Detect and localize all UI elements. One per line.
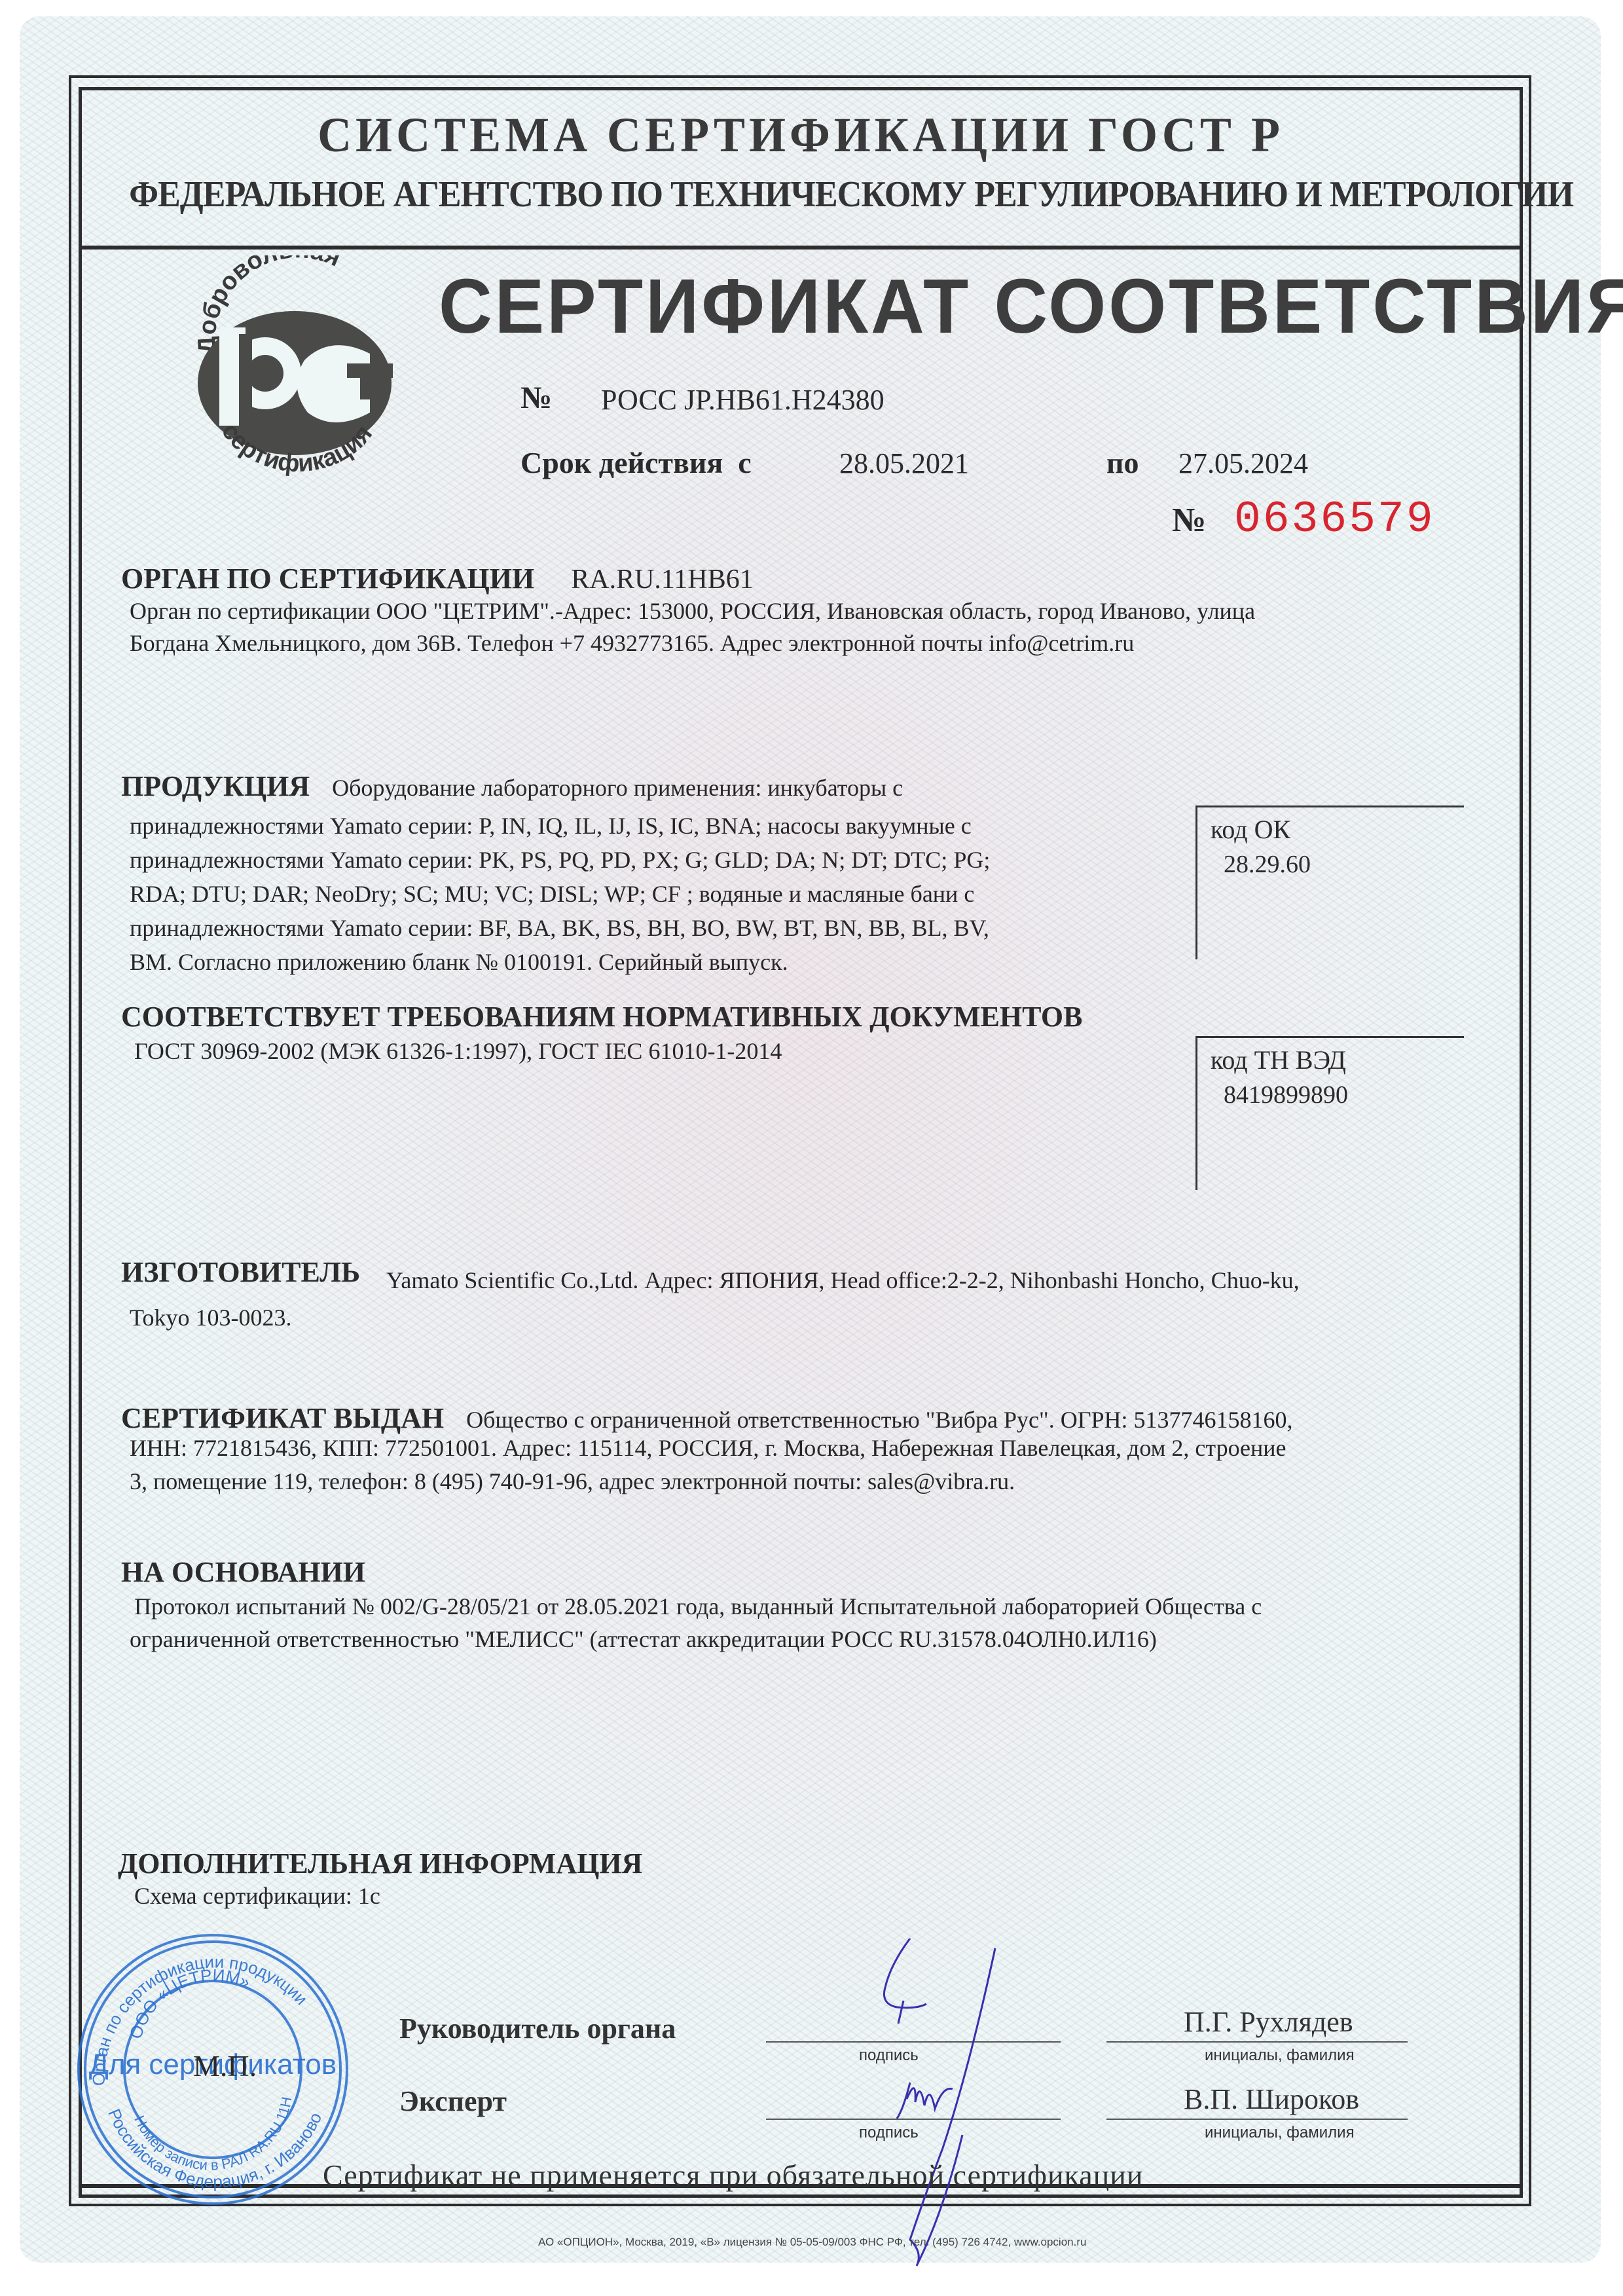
- certification-body-heading: ОРГАН ПО СЕРТИФИКАЦИИ: [121, 563, 534, 595]
- head-label: Руководитель органа: [399, 2012, 676, 2045]
- compliance-documents: ГОСТ 30969-2002 (МЭК 61326-1:1997), ГОСТ…: [134, 1035, 782, 1068]
- code-tnved-box: код ТН ВЭД 8419899890: [1195, 1036, 1464, 1190]
- certification-scheme: Схема сертификации: 1с: [134, 1879, 380, 1913]
- issued-to-heading: СЕРТИФИКАТ ВЫДАН: [121, 1402, 444, 1434]
- expert-name: В.П. Широков: [1184, 2083, 1359, 2116]
- certification-body-line-2: Богдана Хмельницкого, дом 36В. Телефон +…: [130, 627, 1134, 660]
- issued-to-line-3: 3, помещение 119, телефон: 8 (495) 740-9…: [130, 1465, 1015, 1498]
- products-heading: ПРОДУКЦИЯ: [121, 770, 310, 802]
- products-line-1: принадлежностями Yamato серии: P, IN, IQ…: [130, 809, 972, 843]
- compliance-heading: СООТВЕТСТВУЕТ ТРЕБОВАНИЯМ НОРМАТИВНЫХ ДО…: [121, 1000, 1083, 1033]
- code-ok-box: код ОК 28.29.60: [1195, 805, 1464, 959]
- code-ok-value: 28.29.60: [1224, 850, 1311, 879]
- code-tnved-label: код ТН ВЭД: [1211, 1045, 1346, 1075]
- basis-line-2: ограниченной ответственностью "МЕЛИСС" (…: [130, 1623, 1157, 1656]
- code-tnved-value: 8419899890: [1224, 1081, 1348, 1109]
- header-divider: [79, 246, 1523, 250]
- expert-name-caption: инициалы, фамилия: [1205, 2124, 1355, 2142]
- certification-body-line-1: Орган по сертификации ООО "ЦЕТРИМ".-Адре…: [130, 595, 1255, 628]
- stamp-place-label: М.П.: [193, 2048, 257, 2083]
- valid-from: 28.05.2021: [839, 447, 969, 480]
- products-line-5: BM. Согласно приложению бланк № 0100191.…: [130, 946, 788, 979]
- agency-name: ФЕДЕРАЛЬНОЕ АГЕНТСТВО ПО ТЕХНИЧЕСКОМУ РЕ…: [129, 174, 1472, 215]
- system-title: СИСТЕМА СЕРТИФИКАЦИИ ГОСТ Р: [79, 107, 1523, 164]
- footer-note: Сертификат не применяется при обязательн…: [323, 2158, 1144, 2193]
- products-first-line: Оборудование лабораторного применения: и…: [332, 775, 903, 801]
- expert-label: Эксперт: [399, 2084, 507, 2118]
- validity-label: Срок действия с: [520, 445, 752, 480]
- certification-body-code: RA.RU.11НВ61: [571, 565, 753, 595]
- handwritten-signature-icon: [812, 1938, 1087, 2279]
- blank-number: 0636579: [1234, 494, 1435, 545]
- blank-number-label: №: [1172, 501, 1206, 540]
- head-name-caption: инициалы, фамилия: [1205, 2046, 1355, 2065]
- manufacturer-heading: ИЗГОТОВИТЕЛЬ: [121, 1255, 360, 1289]
- products-line-4: принадлежностями Yamato серии: BF, BA, B…: [130, 912, 989, 945]
- document-title: СЕРТИФИКАТ СООТВЕТСТВИЯ: [439, 262, 1623, 351]
- manufacturer-line-1: Yamato Scientific Co.,Ltd. Адрес: ЯПОНИЯ…: [386, 1264, 1300, 1297]
- issued-to-line-2: ИНН: 7721815436, КПП: 772501001. Адрес: …: [130, 1432, 1286, 1465]
- head-name-line: [1106, 2041, 1408, 2043]
- code-ok-label: код ОК: [1211, 814, 1290, 845]
- products-section: ПРОДУКЦИЯ Оборудование лабораторного при…: [121, 769, 903, 805]
- rst-logo-icon: Добровольная сертификация: [190, 255, 399, 485]
- additional-info-heading: ДОПОЛНИТЕЛЬНАЯ ИНФОРМАЦИЯ: [118, 1847, 642, 1880]
- certification-body-section: ОРГАН ПО СЕРТИФИКАЦИИ RA.RU.11НВ61: [121, 562, 754, 595]
- cert-number: РОСС JP.НВ61.Н24380: [601, 383, 884, 417]
- printer-imprint: АО «ОПЦИОН», Москва, 2019, «В» лицензия …: [538, 2236, 1086, 2249]
- expert-name-line: [1106, 2119, 1408, 2120]
- cert-number-label: №: [520, 380, 552, 416]
- valid-to-label: по: [1106, 445, 1139, 480]
- products-line-2: принадлежностями Yamato серии: PK, PS, P…: [130, 843, 990, 877]
- valid-to: 27.05.2024: [1178, 447, 1308, 480]
- products-line-3: RDA; DTU; DAR; NeoDry; SC; MU; VC; DISL;…: [130, 878, 974, 911]
- basis-line-1: Протокол испытаний № 002/G-28/05/21 от 2…: [134, 1590, 1262, 1623]
- head-name: П.Г. Рухлядев: [1184, 2005, 1353, 2039]
- manufacturer-line-2: Tokyo 103-0023.: [130, 1301, 291, 1335]
- issued-to-first-line: Общество с ограниченной ответственностью…: [466, 1407, 1292, 1433]
- basis-heading: НА ОСНОВАНИИ: [121, 1555, 365, 1589]
